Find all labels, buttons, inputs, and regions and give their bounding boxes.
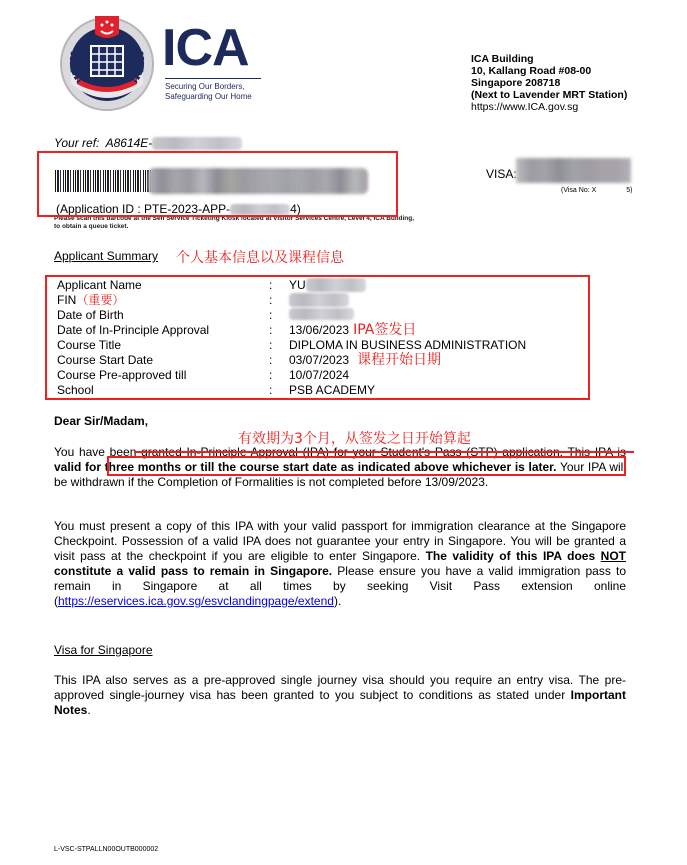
row-colon: : bbox=[269, 353, 289, 368]
summary-row: Date of In-Principle Approval : 13/06/20… bbox=[57, 323, 526, 338]
logo-tagline: Securing Our Borders, Safeguarding Our H… bbox=[165, 82, 252, 102]
visa-no-suffix: 5) bbox=[626, 187, 632, 194]
summary-row: FIN（重要） : bbox=[57, 293, 526, 308]
summary-row: Course Start Date : 03/07/2023课程开始日期 bbox=[57, 353, 526, 368]
address-line: Singapore 208718 bbox=[471, 77, 627, 89]
row-value: 13/06/2023 bbox=[289, 323, 349, 338]
row-value: DIPLOMA IN BUSINESS ADMINISTRATION bbox=[289, 338, 526, 353]
row-colon: : bbox=[269, 368, 289, 383]
summary-row: School : PSB ACADEMY bbox=[57, 383, 526, 398]
address-line: 10, Kallang Road #08-00 bbox=[471, 65, 627, 77]
row-label: Course Title bbox=[57, 338, 269, 353]
bold-underline-text: NOT bbox=[601, 549, 626, 563]
row-value: 10/07/2024 bbox=[289, 368, 349, 383]
row-colon: : bbox=[269, 278, 289, 293]
visa-label: VISA: bbox=[486, 167, 517, 181]
row-label: FIN（重要） bbox=[57, 293, 269, 308]
row-label: Applicant Name bbox=[57, 278, 269, 293]
tagline-line-1: Securing Our Borders, bbox=[165, 82, 252, 92]
text: ). bbox=[334, 594, 341, 608]
redacted-block bbox=[289, 308, 354, 320]
annotation-ipa-date: IPA签发日 bbox=[353, 323, 416, 338]
summary-row: Date of Birth : bbox=[57, 308, 526, 323]
scan-instruction: Please scan this barcode at the Self Ser… bbox=[54, 215, 414, 231]
logo-divider bbox=[165, 78, 261, 79]
your-ref-value: A8614E- bbox=[106, 136, 153, 150]
ica-wordmark: ICA bbox=[162, 22, 249, 74]
row-value: 03/07/2023 bbox=[289, 353, 349, 368]
row-value: PSB ACADEMY bbox=[289, 383, 375, 398]
row-colon: : bbox=[269, 383, 289, 398]
ica-seal-logo bbox=[57, 12, 157, 112]
row-label: Date of In-Principle Approval bbox=[57, 323, 269, 338]
paragraph-immigration: You must present a copy of this IPA with… bbox=[54, 519, 626, 609]
address-line: (Next to Lavender MRT Station) bbox=[471, 89, 627, 101]
applicant-summary-heading: Applicant Summary bbox=[54, 249, 158, 263]
your-ref: Your ref: A8614E- bbox=[54, 136, 242, 150]
bold-text: The validity of this IPA does bbox=[426, 549, 601, 563]
annotation-box-barcode bbox=[37, 151, 398, 217]
annotation-box-validity bbox=[107, 456, 626, 476]
visa-no-prefix: (Visa No: X bbox=[561, 187, 596, 194]
row-colon: : bbox=[269, 308, 289, 323]
summary-row: Course Title : DIPLOMA IN BUSINESS ADMIN… bbox=[57, 338, 526, 353]
visit-pass-extension-link[interactable]: https://eservices.ica.gov.sg/esvclanding… bbox=[58, 594, 334, 608]
redacted-block bbox=[152, 137, 242, 150]
your-ref-label: Your ref: bbox=[54, 136, 99, 150]
annotation-strike-line bbox=[134, 451, 634, 453]
row-label-text: FIN bbox=[57, 293, 76, 307]
scan-instruction-line-2: to obtain a queue ticket. bbox=[54, 223, 414, 231]
applicant-summary-table: Applicant Name : YU FIN（重要） : Date of Bi… bbox=[57, 278, 526, 398]
redacted-visa-barcode bbox=[516, 158, 631, 183]
row-label: School bbox=[57, 383, 269, 398]
salutation: Dear Sir/Madam, bbox=[54, 414, 148, 428]
row-colon: : bbox=[269, 323, 289, 338]
text: This IPA also serves as a pre-approved s… bbox=[54, 673, 626, 702]
row-colon: : bbox=[269, 338, 289, 353]
ica-website-link[interactable]: https://www.ICA.gov.sg bbox=[471, 101, 627, 113]
bold-text: constitute a valid pass to remain in Sin… bbox=[54, 564, 332, 578]
row-label: Date of Birth bbox=[57, 308, 269, 323]
paragraph-visa: This IPA also serves as a pre-approved s… bbox=[54, 673, 626, 718]
text: . bbox=[87, 703, 90, 717]
visa-number: (Visa No: X5) bbox=[561, 187, 633, 194]
summary-row: Course Pre-approved till : 10/07/2024 bbox=[57, 368, 526, 383]
address-line: ICA Building bbox=[471, 53, 627, 65]
row-value: YU bbox=[289, 278, 306, 293]
redacted-block bbox=[306, 278, 366, 292]
row-colon: : bbox=[269, 293, 289, 308]
annotation-summary: 个人基本信息以及课程信息 bbox=[176, 247, 344, 267]
tagline-line-2: Safeguarding Our Home bbox=[165, 92, 252, 102]
summary-row: Applicant Name : YU bbox=[57, 278, 526, 293]
ica-address: ICA Building 10, Kallang Road #08-00 Sin… bbox=[471, 53, 627, 113]
redacted-block bbox=[289, 293, 349, 307]
visa-section-heading: Visa for Singapore bbox=[54, 643, 153, 657]
footer-document-code: L-VSC-STPALLN00OUTB000002 bbox=[54, 846, 158, 853]
annotation-fin: （重要） bbox=[76, 293, 124, 307]
row-label: Course Start Date bbox=[57, 353, 269, 368]
annotation-course-start: 课程开始日期 bbox=[357, 353, 441, 368]
row-label: Course Pre-approved till bbox=[57, 368, 269, 383]
